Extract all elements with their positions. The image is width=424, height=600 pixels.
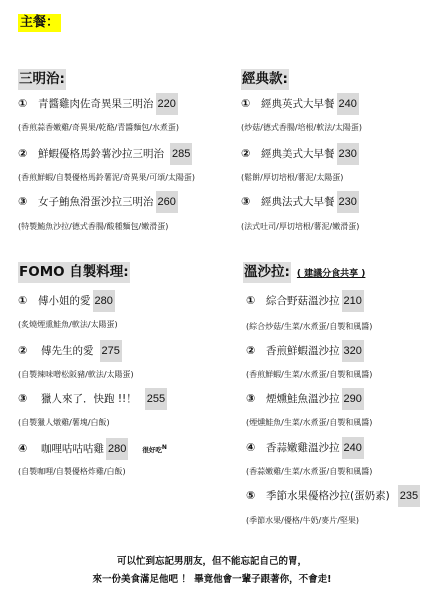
item-price: 280 [106,438,128,460]
item-name: 傅小姐的愛 [38,295,91,307]
item-name: 經典法式大早餐 [261,196,335,208]
section-title-salad: 溫沙拉: [243,262,291,283]
item-description: (香煎鮮蝦/自製優格馬鈴薯泥/奇異果/可頌/太陽蛋) [18,172,195,184]
menu-item: ④香蒜嫩雞溫沙拉240 [246,437,364,459]
item-name: 傅先生的愛 [41,345,94,357]
item-name: 鮮蝦優格馬鈴薯沙拉三明治 [38,148,164,160]
main-course-title: 主餐： [18,14,61,32]
item-name: 香煎鮮蝦溫沙拉 [266,345,340,357]
menu-item: ②經典美式大早餐230 [241,143,359,165]
item-name: 香蒜嫩雞溫沙拉 [266,442,340,454]
menu-item: ③獵人來了．快跑 !!！255 [18,388,167,410]
item-price: 290 [342,388,364,410]
item-price: 230 [337,143,359,165]
item-price: 320 [342,340,364,362]
menu-item: ③女子鮪魚滑蛋沙拉三明治260 [18,191,178,213]
item-name: 經典美式大早餐 [261,148,335,160]
menu-item: ②傅先生的愛275 [18,340,122,362]
footer-line-1: 可以忙到忘記男朋友，但不能忘記自己的胃， [0,553,424,571]
item-description: (炒菇/德式香腸/培根/軟法/太陽蛋) [241,122,362,134]
item-price: 235 [398,485,420,507]
item-name: 煙燻鮭魚溫沙拉 [266,393,340,405]
menu-item: ③經典法式大早餐230 [241,191,359,213]
item-name: 女子鮪魚滑蛋沙拉三明治 [38,196,154,208]
section-title-sandwich: 三明治: [18,69,66,90]
menu-item: ②香煎鮮蝦溫沙拉320 [246,340,364,362]
item-description: (法式吐司/厚切培根/薯泥/嫩滑蛋) [241,221,359,233]
footer-line-2: 來一份美食滿足他吧 ！ 畢竟他會一輩子跟著你，不會走! [0,571,424,589]
item-name: 青醬雞肉佐奇異果三明治 [38,98,154,110]
item-price: 285 [170,143,192,165]
item-price: 280 [93,290,115,312]
share-note: ( 建議分食共享 ) [297,266,366,279]
item-description: (自製辣味噌松阪豬/軟法/太陽蛋) [18,369,134,381]
item-name: 綜合野菇溫沙拉 [266,295,340,307]
menu-item: ①青醬雞肉佐奇異果三明治220 [18,93,178,115]
item-description: (炙燒煙熏鮭魚/軟法/太陽蛋) [18,319,118,331]
item-price: 275 [100,340,122,362]
menu-item: ①經典英式大早餐240 [241,93,359,115]
item-description: (香煎鮮蝦/生菜/水煮蛋/自製和風醬) [246,369,372,381]
item-description: (香蒜嫩雞/生菜/水煮蛋/自製和風醬) [246,466,372,478]
item-price: 230 [337,191,359,213]
item-description: (綜合炒菇/生菜/水煮蛋/自製和風醬) [246,321,372,333]
item-description: (特製鮪魚沙拉/德式香腸/酸種麵包/嫩滑蛋) [18,221,168,233]
item-price: 255 [145,388,167,410]
menu-item: ①綜合野菇溫沙拉210 [246,290,364,312]
menu-item: ⑤季節水果優格沙拉(蛋奶素)235 [246,485,420,507]
item-description: (自製獵人燉雞/薯塊/白飯) [18,417,110,429]
item-description: (鬆餅/厚切培根/薯泥/太陽蛋) [241,172,343,184]
item-name: 經典英式大早餐 [261,98,335,110]
menu-item: ①傅小姐的愛280 [18,290,115,312]
menu-item: ④咖哩咕咕咕雞280很好吃N [18,437,167,461]
item-name: 季節水果優格沙拉(蛋奶素) [266,490,390,502]
item-description: (自製咖哩/自製優格炸雞/白飯) [18,466,126,478]
item-name: 獵人來了．快跑 !!！ [41,393,137,405]
section-title-classic: 經典款: [241,69,289,90]
tasty-note: 很好吃N [142,446,167,454]
item-description: (季節水果/優格/牛奶/麥片/堅果) [246,515,359,527]
section-title-fomo: FOMO 自製料理: [18,262,130,283]
menu-item: ②鮮蝦優格馬鈴薯沙拉三明治285 [18,143,192,165]
item-description: (香煎蒜香嫩雞/奇異果/乾酪/青醬麵包/水煮蛋) [18,122,179,134]
item-name: 咖哩咕咕咕雞 [41,443,104,455]
item-price: 260 [156,191,178,213]
item-price: 240 [337,93,359,115]
section-header-salad: 溫沙拉: ( 建議分食共享 ) [243,262,365,283]
item-price: 240 [342,437,364,459]
item-price: 210 [342,290,364,312]
item-price: 220 [156,93,178,115]
menu-item: ③煙燻鮭魚溫沙拉290 [246,388,364,410]
item-description: (煙燻鮭魚/生菜/水煮蛋/自製和風醬) [246,417,372,429]
